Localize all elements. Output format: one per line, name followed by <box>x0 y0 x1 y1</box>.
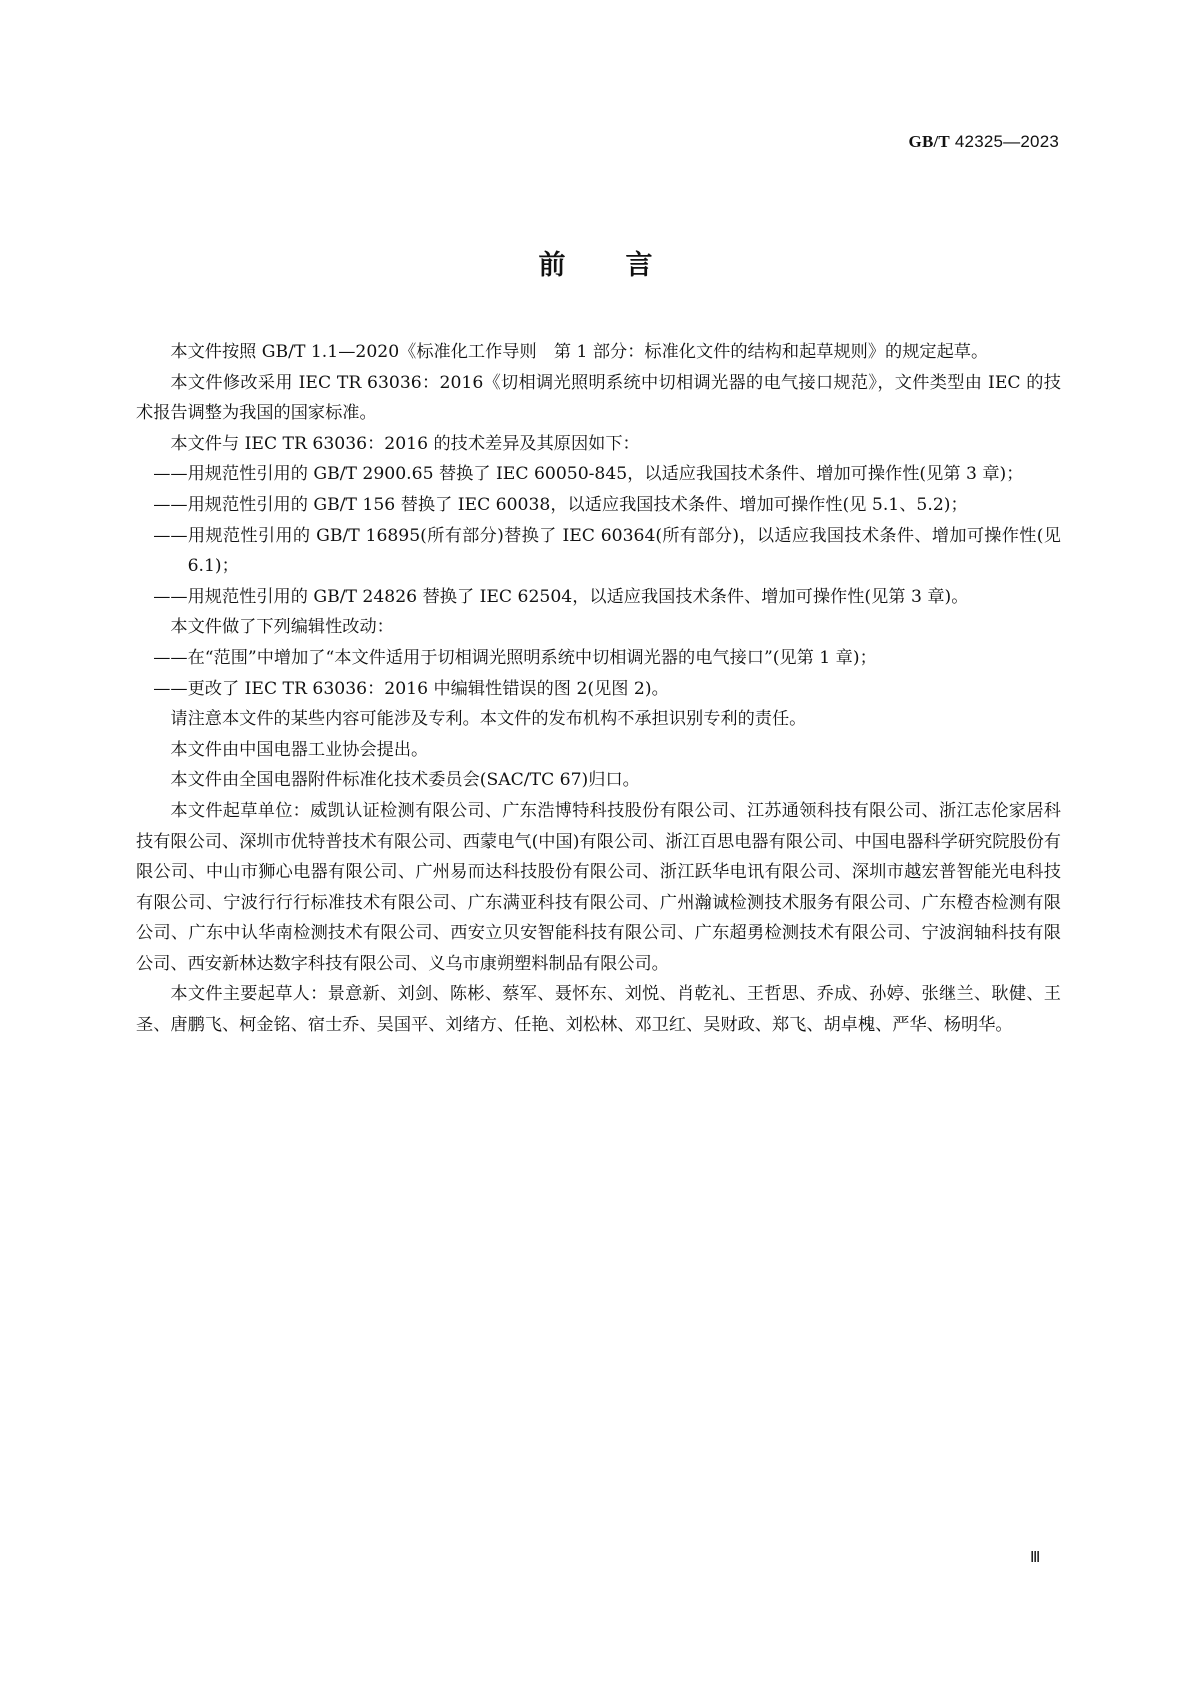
paragraph: 本文件主要起草人：景意新、刘剑、陈彬、蔡军、聂怀东、刘悦、肖乾礼、王哲思、乔成、… <box>136 979 1061 1040</box>
list-item: ——用规范性引用的 GB/T 156 替换了 IEC 60038，以适应我国技术… <box>136 490 1061 521</box>
list-item: ——用规范性引用的 GB/T 2900.65 替换了 IEC 60050-845… <box>136 459 1061 490</box>
paragraph: 本文件做了下列编辑性改动： <box>136 612 1061 643</box>
paragraph: 本文件修改采用 IEC TR 63036：2016《切相调光照明系统中切相调光器… <box>136 368 1061 429</box>
paragraph: 本文件与 IEC TR 63036：2016 的技术差异及其原因如下： <box>136 429 1061 460</box>
standard-code-number: 42325—2023 <box>955 132 1059 151</box>
paragraph: 本文件由全国电器附件标准化技术委员会(SAC/TC 67)归口。 <box>136 765 1061 796</box>
list-item: ——用规范性引用的 GB/T 24826 替换了 IEC 62504，以适应我国… <box>136 582 1061 613</box>
list-item: ——在“范围”中增加了“本文件适用于切相调光照明系统中切相调光器的电气接口”(见… <box>136 643 1061 674</box>
paragraph: 请注意本文件的某些内容可能涉及专利。本文件的发布机构不承担识别专利的责任。 <box>136 704 1061 735</box>
paragraph: 本文件由中国电器工业协会提出。 <box>136 735 1061 766</box>
list-item: ——更改了 IEC TR 63036：2016 中编辑性错误的图 2(见图 2)… <box>136 674 1061 705</box>
document-body: 本文件按照 GB/T 1.1—2020《标准化工作导则 第 1 部分：标准化文件… <box>136 337 1061 1041</box>
standard-code-prefix: GB/T <box>909 132 950 151</box>
page-number: Ⅲ <box>1030 1548 1040 1567</box>
page-title: 前言 <box>0 243 1191 282</box>
standard-code: GB/T 42325—2023 <box>909 132 1059 152</box>
paragraph: 本文件起草单位：威凯认证检测有限公司、广东浩博特科技股份有限公司、江苏通领科技有… <box>136 796 1061 980</box>
paragraph: 本文件按照 GB/T 1.1—2020《标准化工作导则 第 1 部分：标准化文件… <box>136 337 1061 368</box>
list-item: ——用规范性引用的 GB/T 16895(所有部分)替换了 IEC 60364(… <box>136 521 1061 582</box>
